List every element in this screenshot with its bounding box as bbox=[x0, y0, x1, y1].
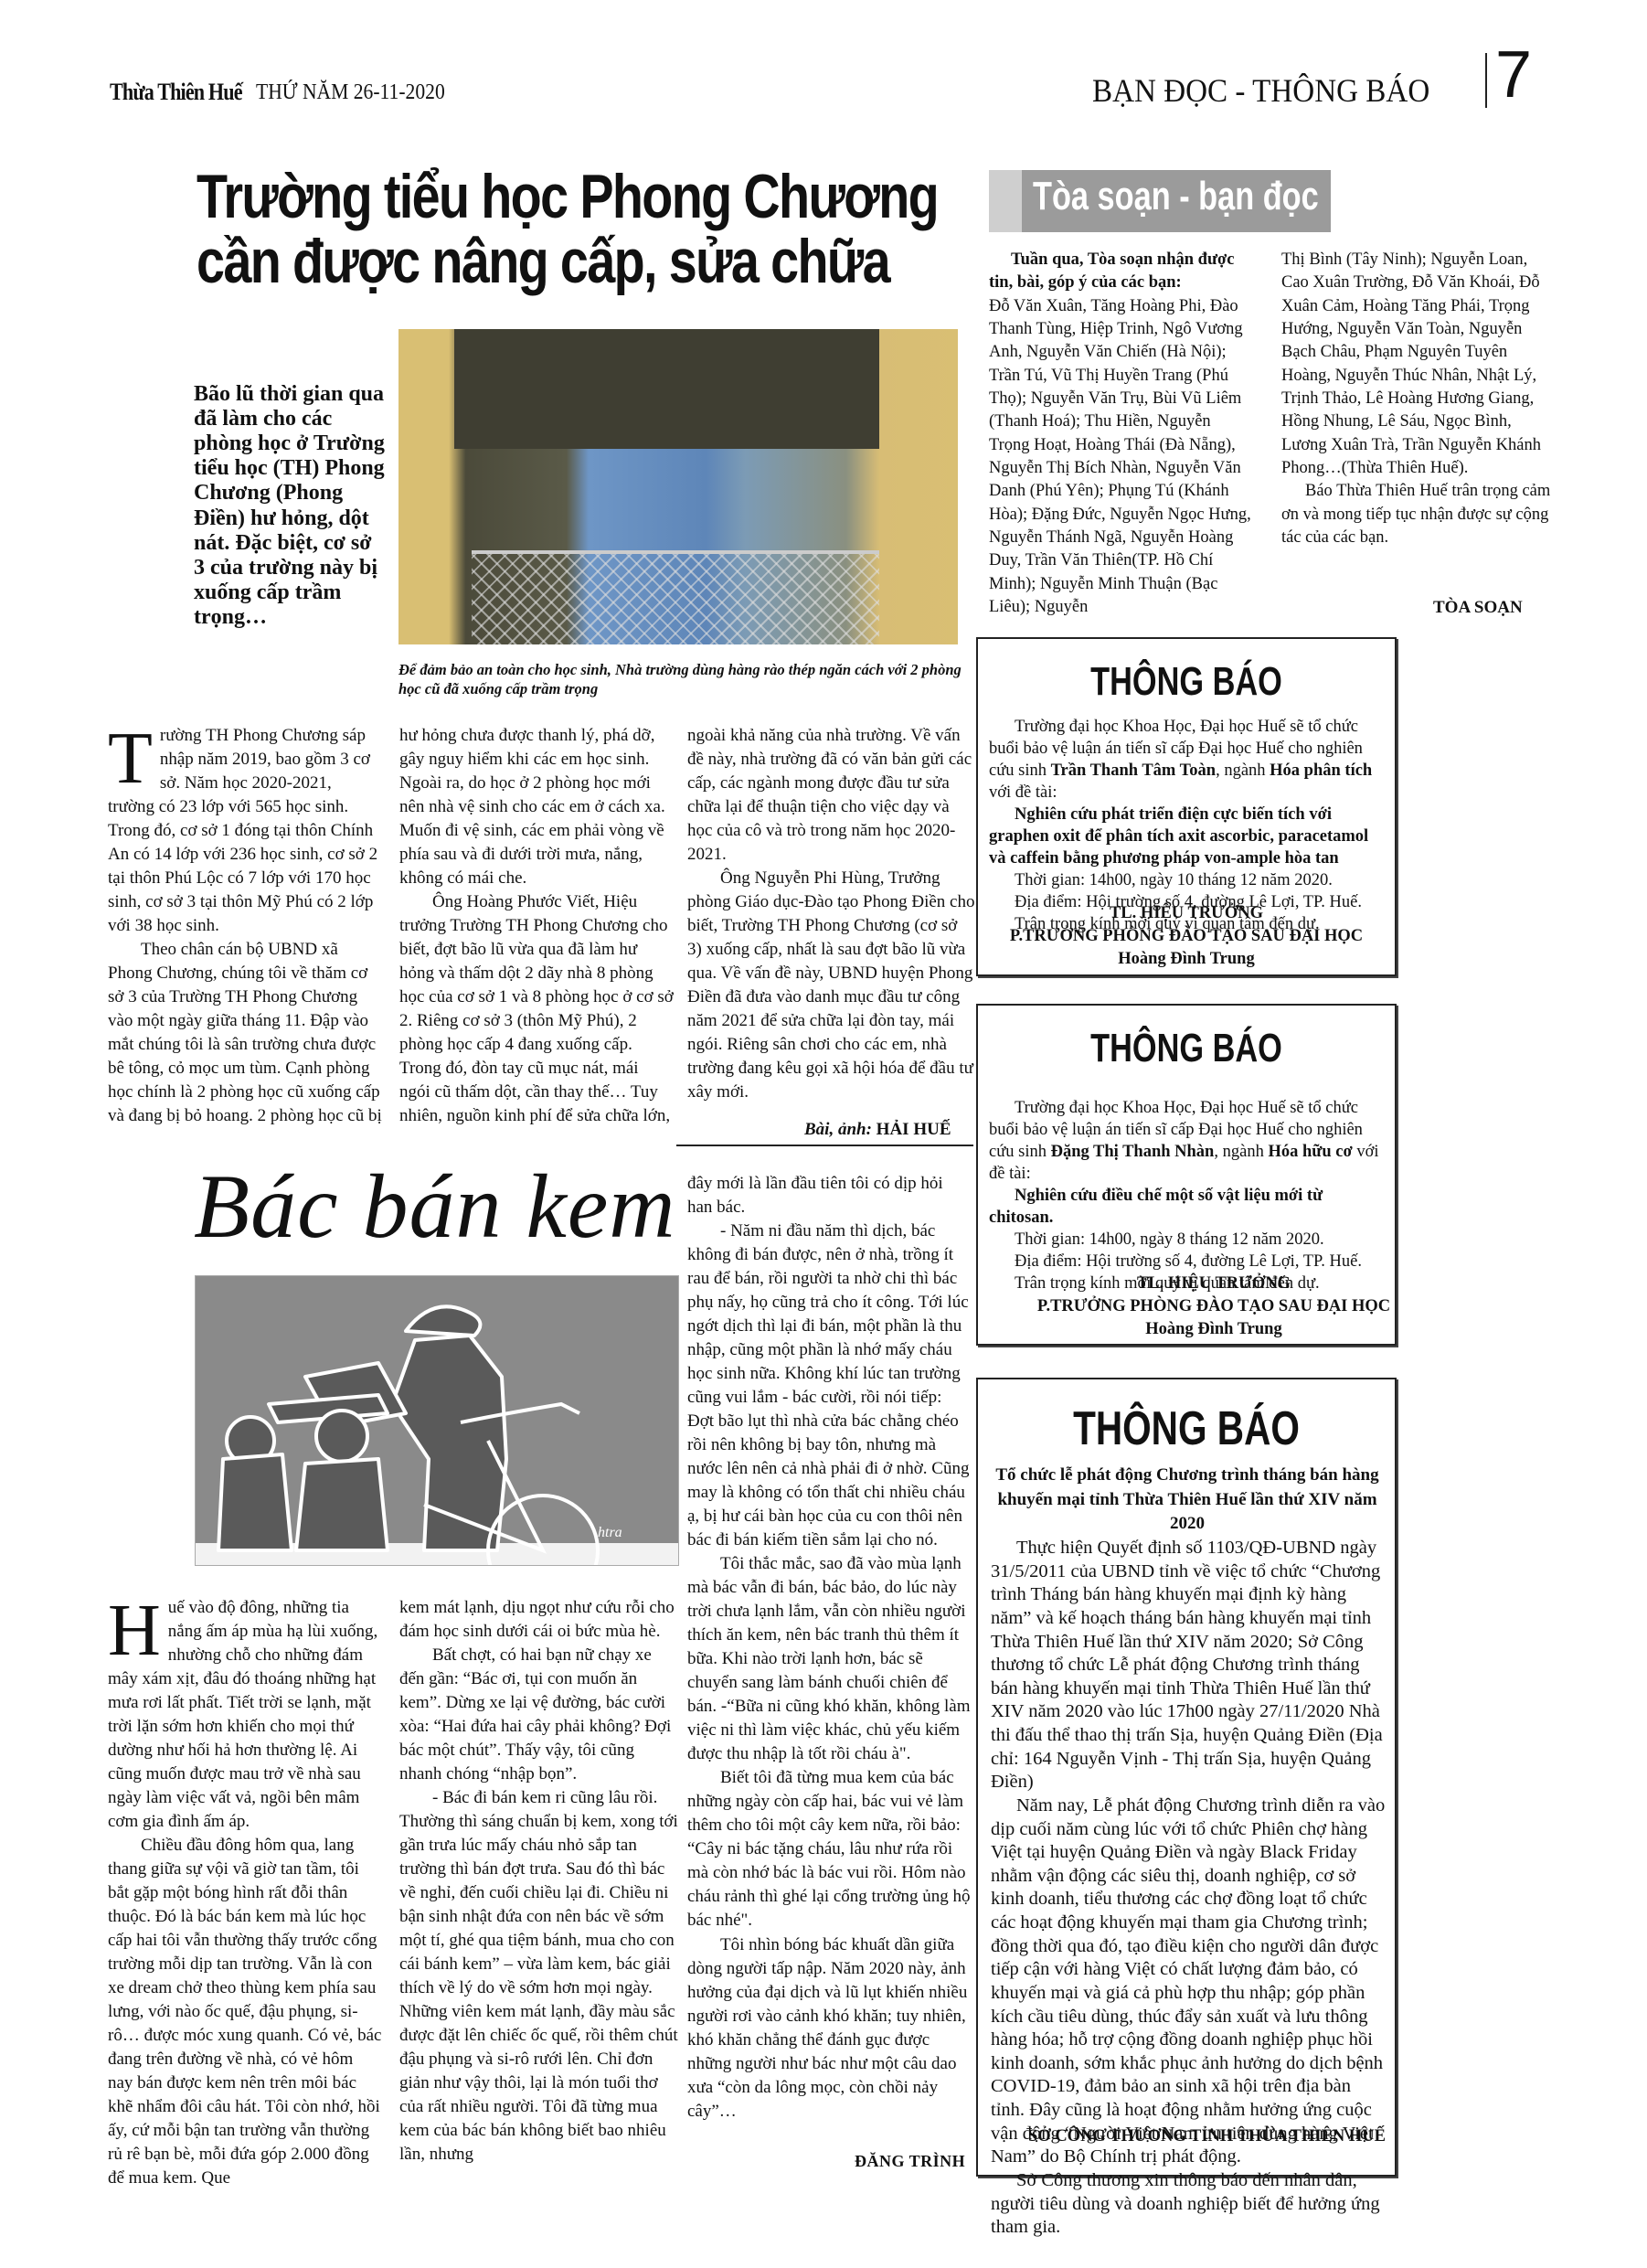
notice-title: THÔNG BÁO bbox=[1024, 1401, 1349, 1456]
dropcap: H bbox=[108, 1602, 161, 1660]
article1-headline: Trường tiểu học Phong Chương cần được nâ… bbox=[197, 165, 841, 293]
paragraph: Ông Hoàng Phước Viết, Hiệu trưởng Trường… bbox=[399, 890, 674, 1128]
reader-section-title: Tòa soạn - bạn đọc bbox=[1033, 174, 1319, 219]
illustration-signature: htra bbox=[598, 1525, 622, 1540]
reader-thanks: Báo Thừa Thiên Huế trân trọng cảm ơn và … bbox=[1281, 480, 1556, 549]
issue-date: THỨ NĂM 26-11-2020 bbox=[256, 80, 445, 105]
notice-signature: TL. HIỆU TRƯỞNG P.TRƯỞNG PHÒNG ĐÀO TẠO S… bbox=[1005, 1272, 1422, 1341]
candidate-name: Trần Thanh Tâm Toàn bbox=[1051, 761, 1216, 780]
paragraph: - Năm ni đầu năm thì dịch, bác không đi … bbox=[687, 1219, 971, 1552]
notice-signature: SỞ CÔNG THƯƠNG TỈNH THỪA THIÊN HUẾ bbox=[1028, 2127, 1386, 2146]
article2-column-3: đây mới là lần đầu tiên tôi có dịp hỏi h… bbox=[687, 1172, 971, 2124]
byline-label: Bài, ảnh: bbox=[804, 1120, 877, 1139]
article1-column-2: hư hỏng chưa được thanh lý, phá dỡ, gây … bbox=[399, 724, 674, 1128]
paragraph: Biết tôi đã từng mua kem của bác những n… bbox=[687, 1766, 971, 1933]
notice-body: Trường đại học Khoa Học, Đại học Huế sẽ … bbox=[989, 1097, 1382, 1294]
paragraph: Chiều đầu đông hôm qua, lang thang giữa … bbox=[108, 1834, 382, 2190]
paragraph: kem mát lạnh, dịu ngọt như cứu rỗi cho đ… bbox=[399, 1596, 678, 1644]
band-accent bbox=[989, 170, 1022, 232]
article1-byline: Bài, ảnh: HẢI HUẾ bbox=[804, 1120, 951, 1140]
article1-sapo: Bão lũ thời gian qua đã làm cho các phòn… bbox=[194, 382, 386, 630]
notice-signature: TL. HIỆU TRƯỞNG P.TRƯỞNG PHÒNG ĐÀO TẠO S… bbox=[978, 902, 1395, 971]
sign-line-2: P.TRƯỞNG PHÒNG ĐÀO TẠO SAU ĐẠI HỌC bbox=[978, 925, 1395, 948]
article2-headline: Bác bán kem bbox=[194, 1161, 675, 1252]
article2-byline: ĐĂNG TRÌNH bbox=[855, 2152, 965, 2171]
sign-line-3: Hoàng Đình Trung bbox=[978, 948, 1395, 971]
major-name: Hóa phân tích bbox=[1270, 761, 1372, 780]
sign-line-3: Hoàng Đình Trung bbox=[1005, 1318, 1422, 1341]
paragraph: Tôi nhìn bóng bác khuất dần giữa dòng ng… bbox=[687, 1933, 971, 2124]
byline-author: HẢI HUẾ bbox=[877, 1120, 951, 1139]
notice-place: Địa điểm: Hội trường số 4, đường Lê Lợi,… bbox=[989, 1251, 1382, 1272]
paragraph: hư hỏng chưa được thanh lý, phá dỡ, gây … bbox=[399, 724, 674, 890]
illustration-drawing: htra bbox=[196, 1276, 678, 1565]
reader-signature: TÒA SOẠN bbox=[1433, 598, 1523, 618]
sign-line-1: TL. HIỆU TRƯỞNG bbox=[1005, 1272, 1422, 1295]
newspaper-name: Thừa Thiên Huế bbox=[110, 79, 242, 106]
article-divider bbox=[676, 1145, 973, 1146]
article1-column-1: Trường TH Phong Chương sáp nhập năm 2019… bbox=[108, 724, 382, 1128]
paragraph: đây mới là lần đầu tiên tôi có dịp hỏi h… bbox=[687, 1172, 971, 1219]
header-divider bbox=[1485, 53, 1487, 108]
paragraph: Bất chợt, có hai bạn nữ chạy xe đến gần:… bbox=[399, 1644, 678, 1786]
notice-time: Thời gian: 14h00, ngày 8 tháng 12 năm 20… bbox=[989, 1229, 1382, 1251]
sign-line-2: P.TRƯỞNG PHÒNG ĐÀO TẠO SAU ĐẠI HỌC bbox=[1005, 1295, 1422, 1318]
thesis-topic: Nghiên cứu phát triển điện cực biến tích… bbox=[989, 805, 1368, 868]
notice-box-2: THÔNG BÁO Trường đại học Khoa Học, Đại h… bbox=[976, 1004, 1397, 1346]
photo-roof bbox=[454, 329, 879, 449]
notice-time: Thời gian: 14h00, ngày 10 tháng 12 năm 2… bbox=[989, 869, 1382, 891]
page-number: 7 bbox=[1495, 42, 1532, 108]
paragraph: Theo chân cán bộ UBND xã Phong Chương, c… bbox=[108, 938, 382, 1128]
paragraph: Năm nay, Lễ phát động Chương trình diễn … bbox=[991, 1794, 1386, 2169]
dropcap: T bbox=[108, 729, 153, 788]
reader-names-1: Đỗ Văn Xuân, Tăng Hoàng Phi, Đào Thanh T… bbox=[989, 297, 1251, 616]
major-name: Hóa hữu cơ bbox=[1268, 1143, 1352, 1161]
notice-box-3: THÔNG BÁO Tổ chức lễ phát động Chương tr… bbox=[976, 1378, 1397, 2177]
candidate-name: Đặng Thị Thanh Nhàn bbox=[1051, 1143, 1215, 1161]
headline-line-2: cần được nâng cấp, sửa chữa bbox=[197, 229, 841, 294]
article1-column-3: ngoài khả năng của nhà trường. Về vấn đề… bbox=[687, 724, 975, 1104]
paragraph: Thực hiện Quyết định số 1103/QĐ-UBND ngà… bbox=[991, 1537, 1386, 1794]
paragraph: Ông Nguyễn Phi Hùng, Trưởng phòng Giáo d… bbox=[687, 867, 975, 1104]
notice-box-1: THÔNG BÁO Trường đại học Khoa Học, Đại h… bbox=[976, 637, 1397, 976]
notice-text: với đề tài: bbox=[989, 783, 1057, 802]
sign-line-1: TL. HIỆU TRƯỞNG bbox=[978, 902, 1395, 925]
photo-fence bbox=[472, 550, 880, 645]
notice-title: THÔNG BÁO bbox=[1024, 1026, 1349, 1071]
thesis-topic: Nghiên cứu điều chế một số vật liệu mới … bbox=[989, 1187, 1323, 1227]
headline-line-1: Trường tiểu học Phong Chương bbox=[197, 165, 841, 229]
notice-title: THÔNG BÁO bbox=[1024, 659, 1349, 705]
paragraph: Tôi thắc mắc, sao đã vào mùa lạnh mà bác… bbox=[687, 1552, 971, 1766]
reader-names-2: Thị Bình (Tây Ninh); Nguyễn Loan, Cao Xu… bbox=[1281, 249, 1556, 480]
photo-caption: Để đảm bảo an toàn cho học sinh, Nhà trư… bbox=[398, 660, 983, 699]
paragraph: - Bác đi bán kem ri cũng lâu rồi. Thường… bbox=[399, 1786, 678, 2167]
ice-cream-vendor-illustration: htra bbox=[195, 1275, 679, 1566]
paragraph: Sở Công thương xin thông báo đến nhân dâ… bbox=[991, 2169, 1386, 2240]
paragraph: ngoài khả năng của nhà trường. Về vấn đề… bbox=[687, 724, 975, 867]
reader-column-2: Thị Bình (Tây Ninh); Nguyễn Loan, Cao Xu… bbox=[1281, 249, 1556, 549]
notice-text: , ngành bbox=[1214, 1143, 1268, 1161]
reader-intro: Tuần qua, Tòa soạn nhận được tin, bài, g… bbox=[989, 249, 1254, 295]
reader-column-1: Tuần qua, Tòa soạn nhận được tin, bài, g… bbox=[989, 249, 1254, 620]
notice-subtitle: Tổ chức lễ phát động Chương trình tháng … bbox=[991, 1464, 1384, 1537]
school-photo bbox=[398, 329, 958, 644]
section-title: BẠN ĐỌC - THÔNG BÁO bbox=[1092, 71, 1429, 110]
notice-text: , ngành bbox=[1216, 761, 1270, 780]
article2-column-2: kem mát lạnh, dịu ngọt như cứu rỗi cho đ… bbox=[399, 1596, 678, 2167]
article2-column-1: Huế vào độ đông, những tia nắng ấm áp mù… bbox=[108, 1596, 382, 2190]
